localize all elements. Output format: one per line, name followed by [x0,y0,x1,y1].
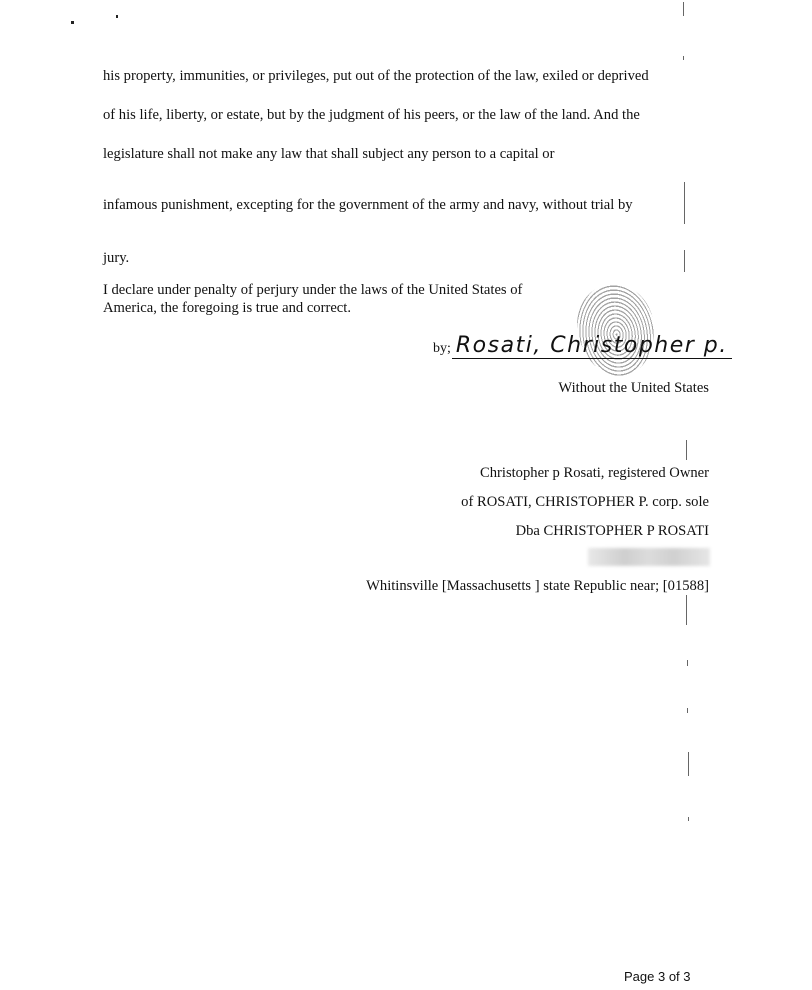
address-line: Whitinsville [Massachusetts ] state Repu… [366,578,709,595]
owner-line: Christopher p Rosati, registered Owner [480,465,709,482]
scan-speck [116,15,118,18]
page-number: Page 3 of 3 [624,969,691,984]
scan-mark [686,595,687,625]
perjury-declaration: I declare under penalty of perjury under… [103,281,573,317]
fingerprint-image [572,279,660,381]
without-united-states: Without the United States [558,380,709,397]
corp-sole-line: of ROSATI, CHRISTOPHER P. corp. sole [461,494,709,511]
scan-mark [683,56,684,60]
signature-prefix: by; [433,341,451,356]
scan-speck [71,21,74,24]
redacted-line [588,548,710,566]
scan-mark [687,660,688,666]
scan-mark [686,440,687,460]
scan-mark [688,752,689,776]
dba-line: Dba CHRISTOPHER P ROSATI [516,523,709,540]
paragraph-line-4: infamous punishment, excepting for the g… [103,197,633,214]
scan-mark [684,182,685,224]
signature-line: by;Rosati, Christopher p. [433,333,732,358]
scan-mark [688,817,689,821]
scan-mark [687,708,688,713]
scan-mark [684,250,685,272]
scan-mark [683,2,684,16]
paragraph-line-5: jury. [103,250,129,267]
paragraph-line-2: of his life, liberty, or estate, but by … [103,107,640,124]
handwritten-signature: Rosati, Christopher p. [452,333,732,359]
paragraph-line-3: legislature shall not make any law that … [103,146,554,163]
paragraph-line-1: his property, immunities, or privileges,… [103,68,649,85]
